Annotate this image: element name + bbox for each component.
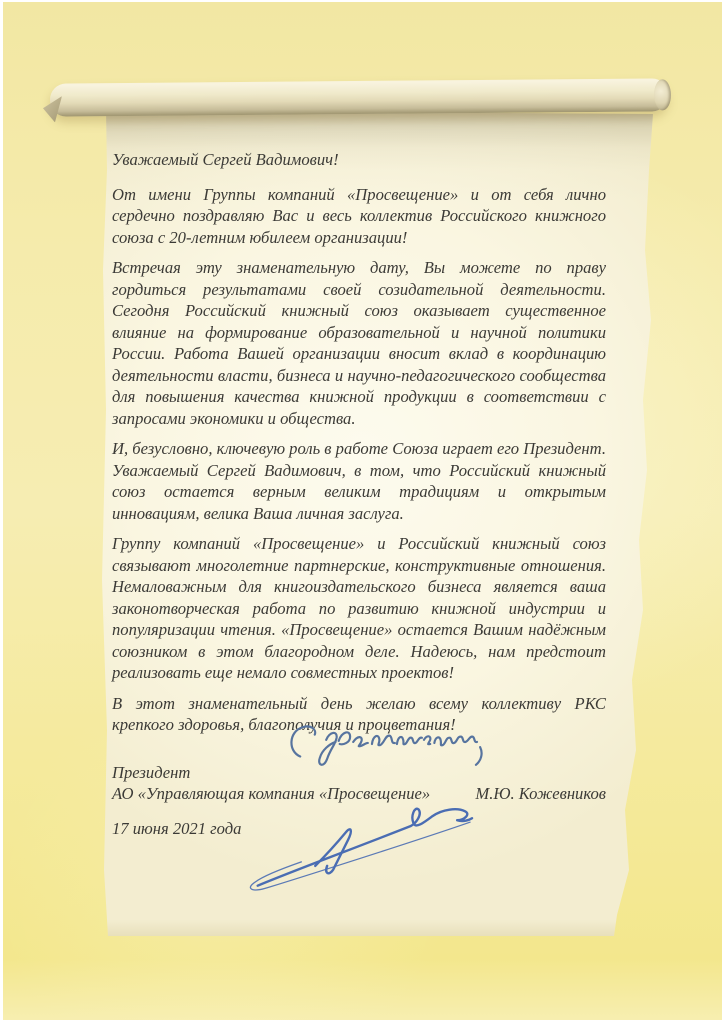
scroll-roll-end-cap [654,79,671,110]
sheet-bottom-shade [100,920,660,936]
signatory-name: М.Ю. Кожевников [475,783,606,805]
paragraph-4: Группу компаний «Просвещение» и Российск… [112,533,606,684]
salutation: Уважаемый Сергей Вадимович! [112,149,606,171]
handwritten-closing-ink [280,718,492,770]
paragraph-3: И, безусловно, ключевую роль в работе Со… [112,438,606,524]
signature-autograph-ink [216,796,474,896]
paragraph-1: От имени Группы компаний «Просвещение» и… [112,184,606,249]
signature-area: Президент АО «Управляющая компания «Прос… [112,762,606,840]
scroll-roll [50,78,668,116]
letter-body: Уважаемый Сергей Вадимович! От имени Гру… [112,149,606,839]
scanned-letter-page: Уважаемый Сергей Вадимович! От имени Гру… [0,0,724,1024]
paragraph-2: Встречая эту знаменательную дату, Вы мож… [112,257,606,429]
